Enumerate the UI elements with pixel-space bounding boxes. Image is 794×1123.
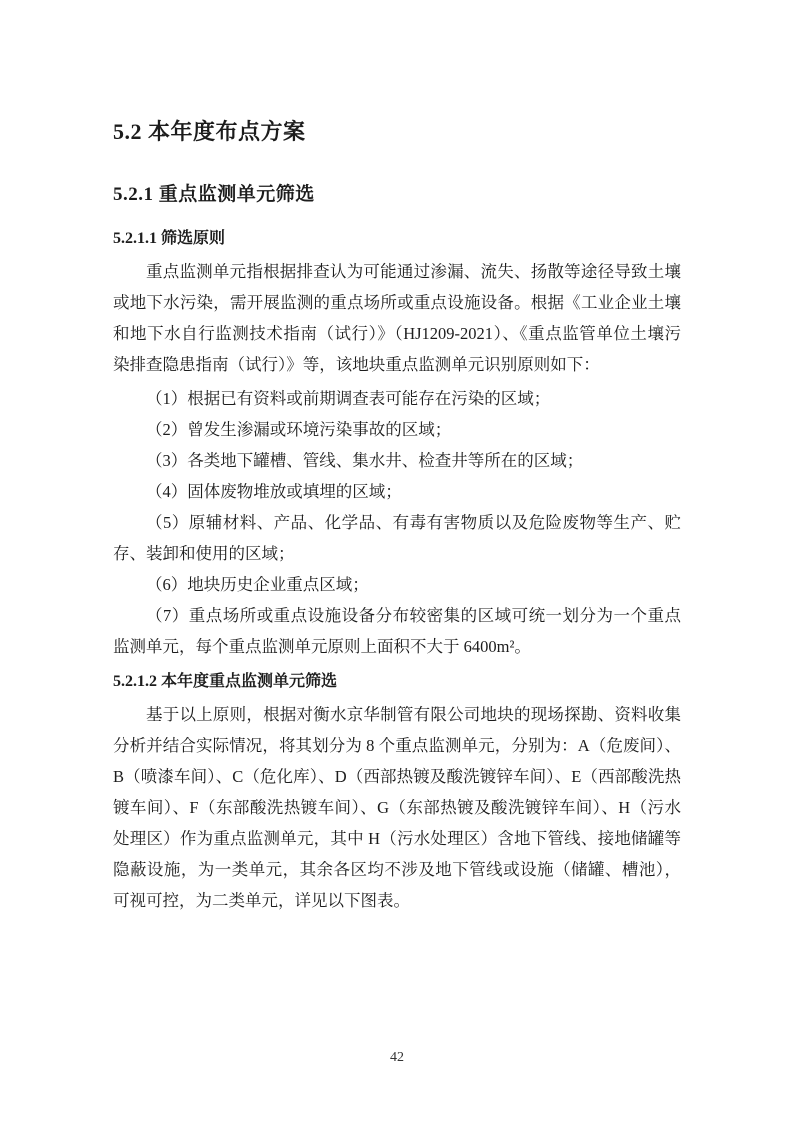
- principle-item-6: （6）地块历史企业重点区域；: [113, 569, 681, 600]
- heading-5-2-1-2-annual-unit-screening: 5.2.1.2 本年度重点监测单元筛选: [113, 670, 681, 693]
- heading-5-2-1-1-screening-principles: 5.2.1.1 筛选原则: [113, 227, 681, 250]
- heading-5-2-annual-layout-plan: 5.2 本年度布点方案: [113, 118, 681, 146]
- principle-item-1: （1）根据已有资料或前期调查表可能存在污染的区域；: [113, 383, 681, 414]
- principle-item-7: （7）重点场所或重点设施设备分布较密集的区域可统一划分为一个重点监测单元，每个重…: [113, 600, 681, 662]
- paragraph-screening-principles-intro: 重点监测单元指根据排查认为可能通过渗漏、流失、扬散等途径导致土壤或地下水污染，需…: [113, 256, 681, 380]
- principle-item-5: （5）原辅材料、产品、化学品、有毒有害物质以及危险废物等生产、贮存、装卸和使用的…: [113, 507, 681, 569]
- document-content: 5.2 本年度布点方案 5.2.1 重点监测单元筛选 5.2.1.1 筛选原则 …: [113, 118, 681, 916]
- heading-5-2-1-key-monitoring-unit-screening: 5.2.1 重点监测单元筛选: [113, 182, 681, 207]
- principle-item-2: （2）曾发生渗漏或环境污染事故的区域；: [113, 414, 681, 445]
- paragraph-unit-selection: 基于以上原则，根据对衡水京华制管有限公司地块的现场探勘、资料收集分析并结合实际情…: [113, 699, 681, 916]
- principle-item-3: （3）各类地下罐槽、管线、集水井、检查井等所在的区域；: [113, 445, 681, 476]
- principles-list: （1）根据已有资料或前期调查表可能存在污染的区域； （2）曾发生渗漏或环境污染事…: [113, 383, 681, 662]
- page-number: 42: [0, 1050, 794, 1066]
- document-page: 5.2 本年度布点方案 5.2.1 重点监测单元筛选 5.2.1.1 筛选原则 …: [0, 0, 794, 1123]
- principle-item-4: （4）固体废物堆放或填埋的区域；: [113, 476, 681, 507]
